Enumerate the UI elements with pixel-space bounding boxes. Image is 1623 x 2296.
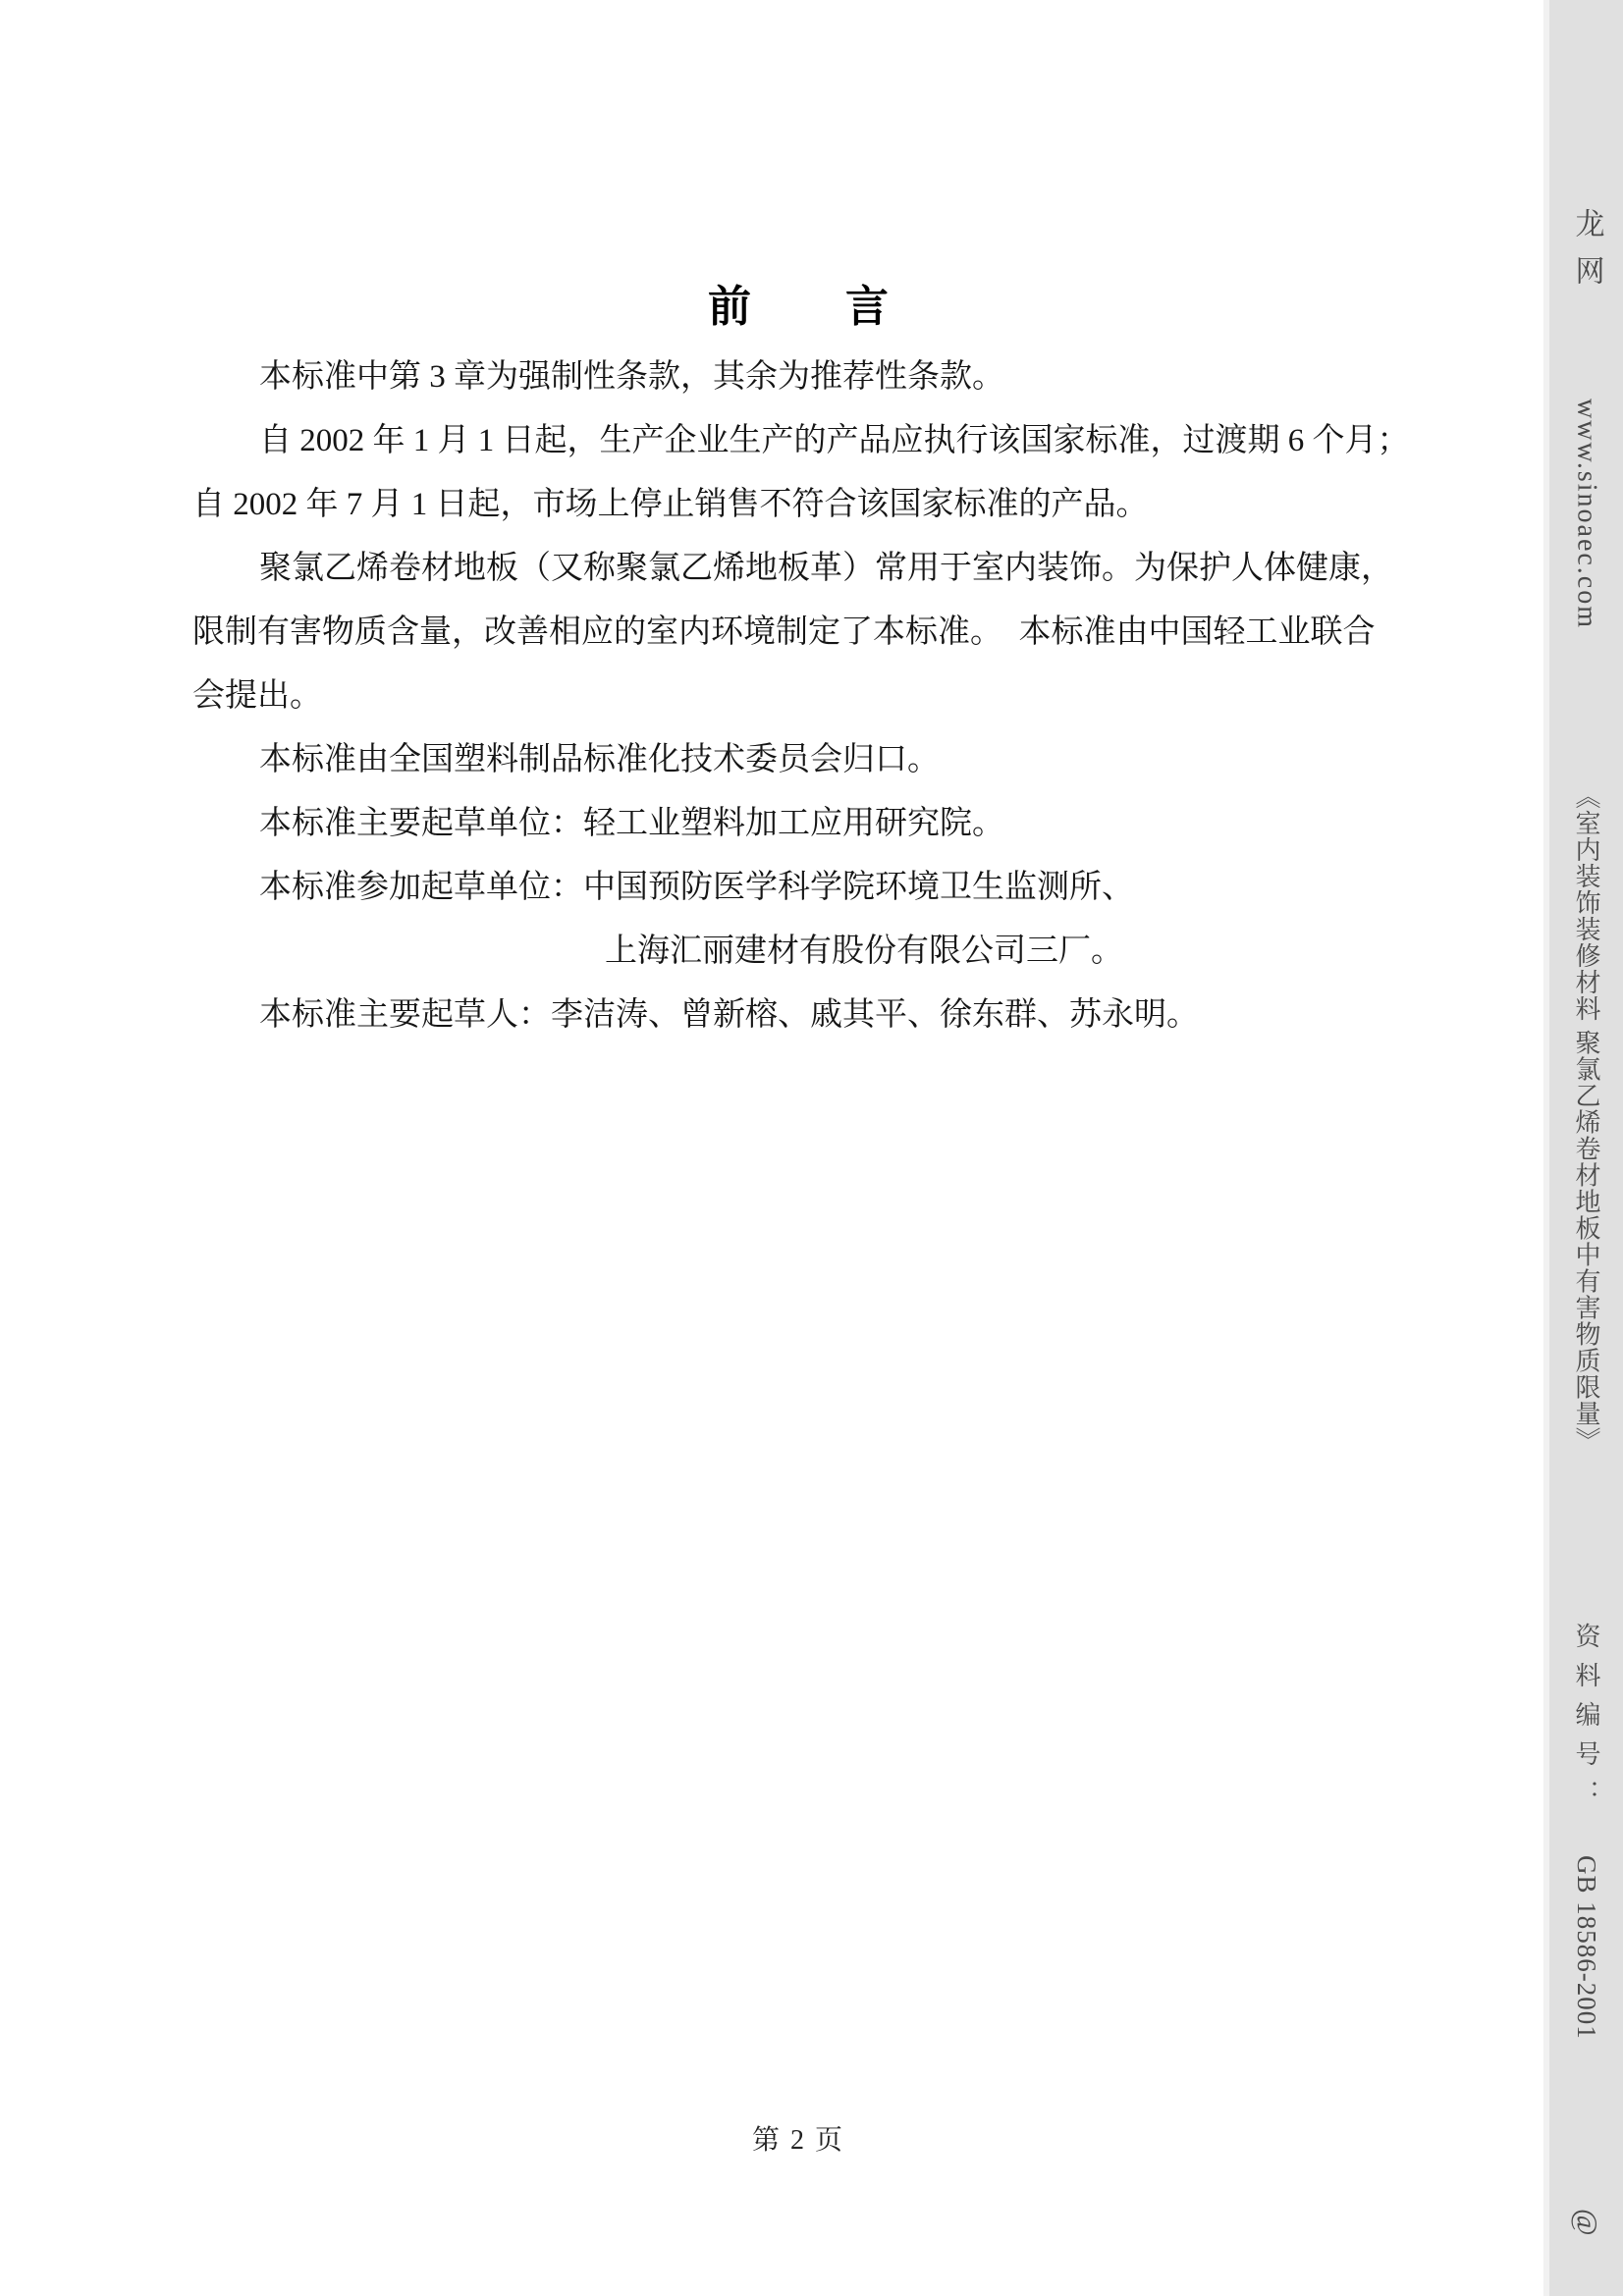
sidebar-at-symbol: @: [1570, 2209, 1603, 2236]
page-content: 前言 本标准中第 3 章为强制性条款，其余为推荐性条款。 自 2002 年 1 …: [192, 0, 1404, 2296]
body-line: 会提出。: [192, 665, 1404, 728]
body-line: 本标准主要起草单位：轻工业塑料加工应用研究院。: [192, 792, 1404, 856]
body-line: 本标准参加起草单位：中国预防医学科学院环境卫生监测所、: [192, 856, 1404, 920]
page-number: 第 2 页: [192, 2118, 1404, 2158]
body-paragraphs: 本标准中第 3 章为强制性条款，其余为推荐性条款。 自 2002 年 1 月 1…: [192, 346, 1404, 1047]
body-line: 本标准中第 3 章为强制性条款，其余为推荐性条款。: [192, 346, 1404, 409]
sidebar: 龙网 www.sinoaec.com 《室内装饰装修材料 聚氯乙烯卷材地板中有害…: [1543, 0, 1623, 2296]
body-line: 上海汇丽建材有股份有限公司三厂。: [192, 920, 1404, 984]
body-line: 本标准主要起草人：李洁涛、曾新榕、戚其平、徐东群、苏永明。: [192, 984, 1404, 1047]
sidebar-doc-number: GB 18586-2001: [1571, 1855, 1601, 2040]
sidebar-doc-number-label: 资料编号：: [1568, 1623, 1604, 1819]
sidebar-site-url: www.sinoaec.com: [1571, 399, 1602, 629]
page-title: 前言: [192, 271, 1404, 334]
body-line: 限制有害物质含量，改善相应的室内环境制定了本标准。 本标准由中国轻工业联合: [192, 601, 1404, 665]
document-page: 前言 本标准中第 3 章为强制性条款，其余为推荐性条款。 自 2002 年 1 …: [0, 0, 1623, 2296]
sidebar-site-name: 龙网: [1565, 208, 1608, 302]
body-line: 本标准由全国塑料制品标准化技术委员会归口。: [192, 728, 1404, 792]
body-line: 自 2002 年 7 月 1 日起，市场上停止销售不符合该国家标准的产品。: [192, 473, 1404, 537]
sidebar-doc-title: 《室内装饰装修材料 聚氯乙烯卷材地板中有害物质限量》: [1568, 783, 1604, 1454]
body-line: 聚氯乙烯卷材地板（又称聚氯乙烯地板革）常用于室内装饰。为保护人体健康，: [192, 537, 1404, 601]
body-line: 自 2002 年 1 月 1 日起，生产企业生产的产品应执行该国家标准，过渡期 …: [192, 409, 1404, 473]
